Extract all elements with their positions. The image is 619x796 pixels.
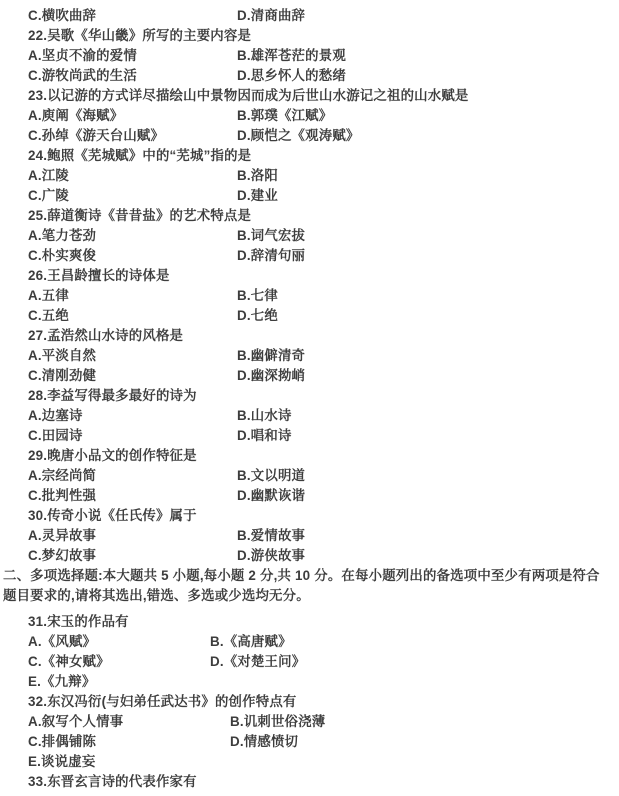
option-cell: A.五律 <box>28 286 237 306</box>
question-stem: 25.薛道衡诗《昔昔盐》的艺术特点是 <box>3 206 619 226</box>
option-cell: A.边塞诗 <box>28 406 237 426</box>
option-cell: A.叙写个人情事 <box>28 712 230 732</box>
option-cell: B.山水诗 <box>237 406 292 426</box>
option-cell: B.《高唐赋》 <box>210 632 292 652</box>
option-cell: A.宗经尚简 <box>28 466 237 486</box>
option-row: C.游牧尚武的生活D.思乡怀人的愁绪 <box>3 66 619 86</box>
option-cell: C.五绝 <box>28 306 237 326</box>
option-cell: A.江陵 <box>28 166 237 186</box>
option-cell: E.《九辩》 <box>28 672 95 692</box>
option-row: A.边塞诗B.山水诗 <box>3 406 619 426</box>
question-stem: 29.晚唐小品文的创作特征是 <box>3 446 619 466</box>
option-cell: C.《神女赋》 <box>28 652 210 672</box>
option-cell: A.灵异故事 <box>28 526 237 546</box>
option-cell: C.田园诗 <box>28 426 237 446</box>
option-row: A.宗经尚简B.文以明道 <box>3 466 619 486</box>
option-cell: D.辞清句丽 <box>237 246 305 266</box>
option-cell: B.幽僻清奇 <box>237 346 305 366</box>
option-cell: D.七绝 <box>237 306 278 326</box>
option-cell: C.朴实爽俊 <box>28 246 237 266</box>
option-row: E.《九辩》 <box>3 672 619 692</box>
question-stem: 27.孟浩然山水诗的风格是 <box>3 326 619 346</box>
option-row: A.五律B.七律 <box>3 286 619 306</box>
question-stem: 24.鲍照《芜城赋》中的“芜城”指的是 <box>3 146 619 166</box>
exam-document-page: C.横吹曲辞D.清商曲辞22.吴歌《华山畿》所写的主要内容是A.坚贞不渝的爱情B… <box>0 0 619 792</box>
option-cell: D.顾恺之《观涛赋》 <box>237 126 360 146</box>
option-cell: D.幽深拗峭 <box>237 366 305 386</box>
option-row: A.坚贞不渝的爱情B.雄浑苍茫的景观 <box>3 46 619 66</box>
option-cell: B.爱情故事 <box>237 526 305 546</box>
option-cell: A.平淡自然 <box>28 346 237 366</box>
option-cell: C.批判性强 <box>28 486 237 506</box>
option-cell: D.游侠故事 <box>237 546 305 566</box>
option-cell: A.笔力苍劲 <box>28 226 237 246</box>
option-row: C.广陵D.建业 <box>3 186 619 206</box>
option-row: A.笔力苍劲B.词气宏拔 <box>3 226 619 246</box>
option-row: A.江陵B.洛阳 <box>3 166 619 186</box>
option-row: C.批判性强D.幽默诙谐 <box>3 486 619 506</box>
question-stem: 23.以记游的方式详尽描绘山中景物因而成为后世山水游记之祖的山水赋是 <box>3 86 619 106</box>
option-cell: C.清刚劲健 <box>28 366 237 386</box>
option-cell: C.游牧尚武的生活 <box>28 66 237 86</box>
option-cell: A.《风赋》 <box>28 632 210 652</box>
option-cell: D.情感愤切 <box>230 732 298 752</box>
option-row: C.朴实爽俊D.辞清句丽 <box>3 246 619 266</box>
option-cell: B.文以明道 <box>237 466 305 486</box>
option-row: A.《风赋》B.《高唐赋》 <box>3 632 619 652</box>
option-row: A.灵异故事B.爱情故事 <box>3 526 619 546</box>
section-header-line: 题目要求的,请将其选出,错选、多选或少选均无分。 <box>3 586 619 606</box>
option-cell: B.雄浑苍茫的景观 <box>237 46 346 66</box>
option-cell: A.庾阐《海赋》 <box>28 106 237 126</box>
option-cell: B.七律 <box>237 286 278 306</box>
option-row: A.叙写个人情事B.讥刺世俗浇薄 <box>3 712 619 732</box>
option-row: C.孙绰《游天台山赋》D.顾恺之《观涛赋》 <box>3 126 619 146</box>
option-row: E.谈说虚妄 <box>3 752 619 772</box>
option-cell: D.清商曲辞 <box>237 6 305 26</box>
option-cell: C.梦幻故事 <box>28 546 237 566</box>
option-cell: B.洛阳 <box>237 166 278 186</box>
question-stem: 31.宋玉的作品有 <box>3 612 619 632</box>
option-row: C.梦幻故事D.游侠故事 <box>3 546 619 566</box>
question-stem: 22.吴歌《华山畿》所写的主要内容是 <box>3 26 619 46</box>
question-stem: 28.李益写得最多最好的诗为 <box>3 386 619 406</box>
option-cell: C.排偶铺陈 <box>28 732 230 752</box>
option-cell: D.《对楚王问》 <box>210 652 305 672</box>
option-cell: C.横吹曲辞 <box>28 6 237 26</box>
option-cell: C.广陵 <box>28 186 237 206</box>
option-cell: E.谈说虚妄 <box>28 752 95 772</box>
option-row: C.横吹曲辞D.清商曲辞 <box>3 6 619 26</box>
option-row: C.《神女赋》D.《对楚王问》 <box>3 652 619 672</box>
option-row: A.庾阐《海赋》B.郭璞《江赋》 <box>3 106 619 126</box>
option-cell: D.唱和诗 <box>237 426 292 446</box>
section-header-line: 二、多项选择题:本大题共 5 小题,每小题 2 分,共 10 分。在每小题列出的… <box>3 566 619 586</box>
option-row: A.平淡自然B.幽僻清奇 <box>3 346 619 366</box>
question-stem: 33.东晋玄言诗的代表作家有 <box>3 772 619 792</box>
option-cell: B.讥刺世俗浇薄 <box>230 712 325 732</box>
option-cell: C.孙绰《游天台山赋》 <box>28 126 237 146</box>
option-cell: B.词气宏拔 <box>237 226 305 246</box>
option-row: C.五绝D.七绝 <box>3 306 619 326</box>
option-cell: D.思乡怀人的愁绪 <box>237 66 346 86</box>
question-stem: 26.王昌龄擅长的诗体是 <box>3 266 619 286</box>
option-cell: D.建业 <box>237 186 278 206</box>
question-stem: 30.传奇小说《任氏传》属于 <box>3 506 619 526</box>
question-stem: 32.东汉冯衍(与妇弟任武达书》的创作特点有 <box>3 692 619 712</box>
option-row: C.田园诗D.唱和诗 <box>3 426 619 446</box>
option-row: C.排偶铺陈D.情感愤切 <box>3 732 619 752</box>
option-row: C.清刚劲健D.幽深拗峭 <box>3 366 619 386</box>
option-cell: D.幽默诙谐 <box>237 486 305 506</box>
option-cell: A.坚贞不渝的爱情 <box>28 46 237 66</box>
option-cell: B.郭璞《江赋》 <box>237 106 332 126</box>
